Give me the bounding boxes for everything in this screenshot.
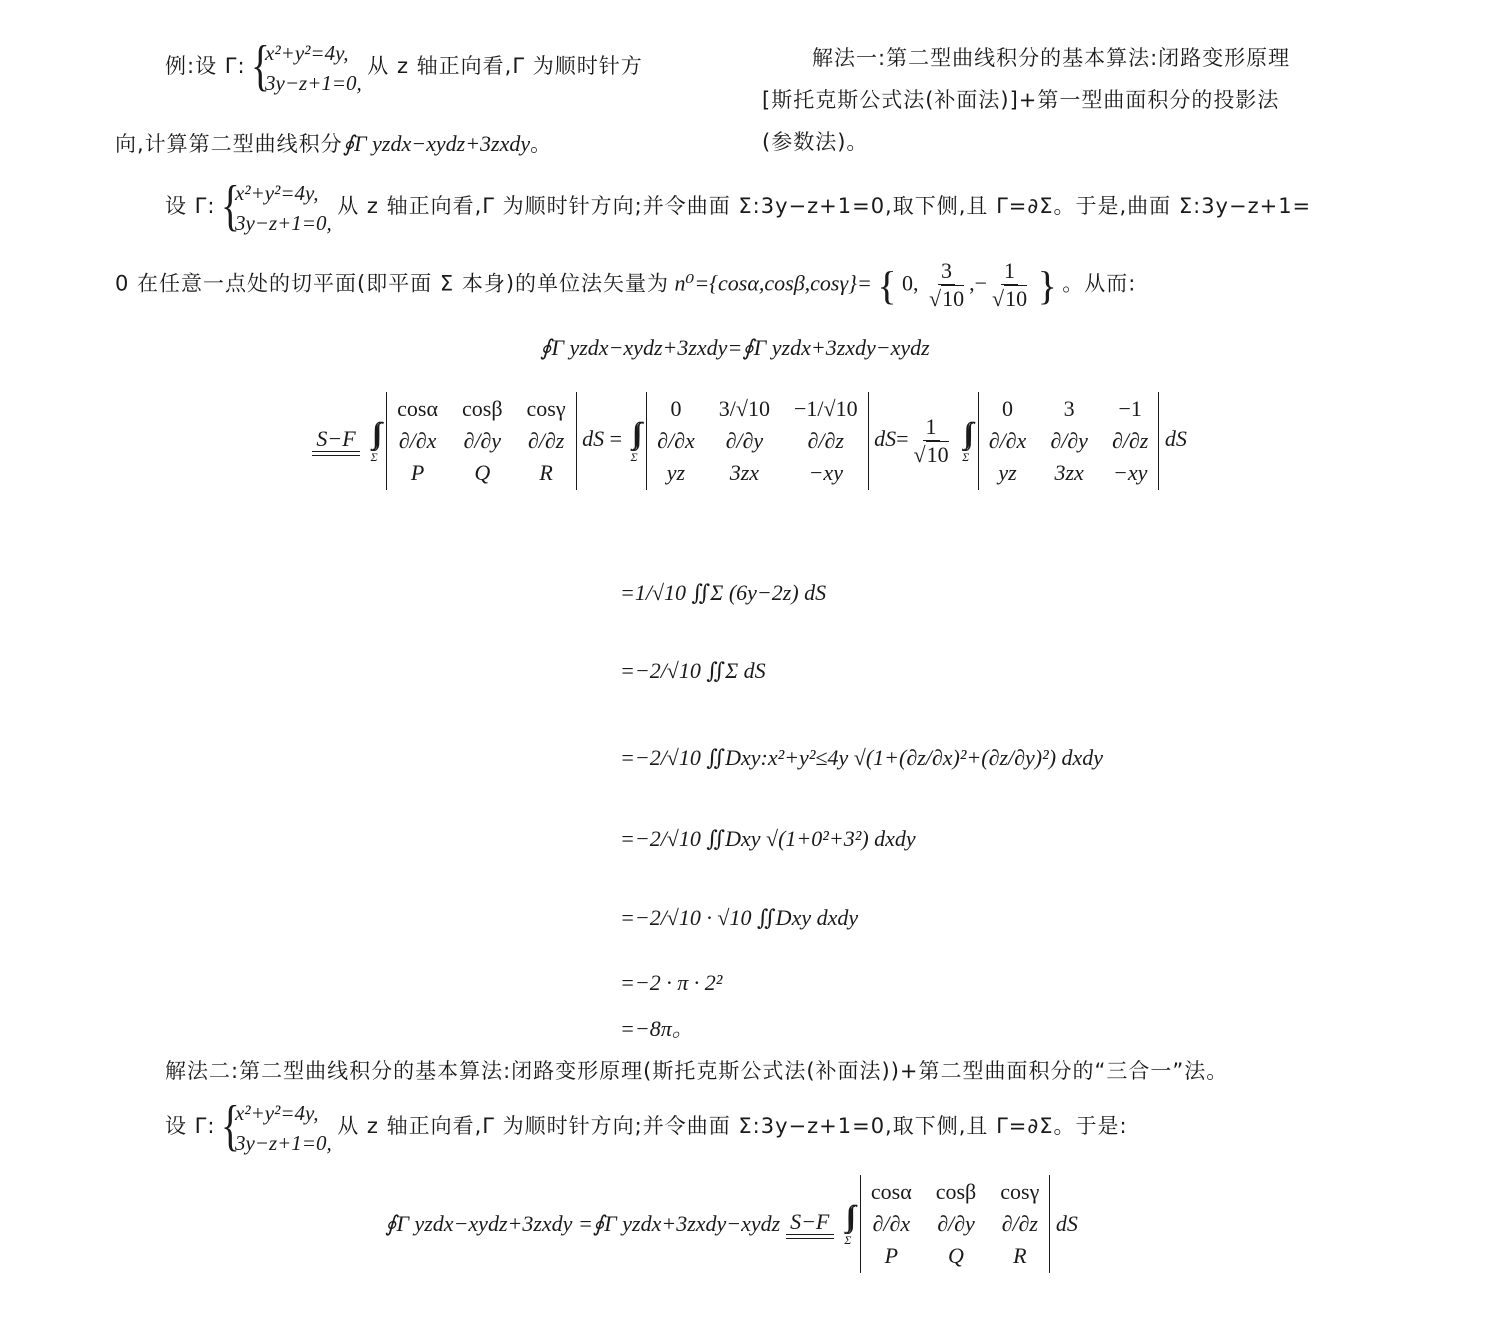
stokes-formula-label: S−F [786,1210,834,1239]
double-integral-icon: ∫∫Σ [371,418,378,464]
right-brace-icon: } [1038,263,1057,308]
normal-frac-1: 1√10 [989,258,1030,313]
example-line2: 向,计算第二型曲线积分∮Γ yzdx−xydz+3zxdy。 [115,128,552,158]
method1-title-line2: [斯托克斯公式法(补面法)]+第一型曲面积分的投影法 [762,84,1279,114]
double-integral-icon: ∫∫Σ [631,418,638,464]
method2-setup: 设 Γ: { x²+y²=4y, 3y−z+1=0, 从 z 轴正向看,Γ 为顺… [165,1098,1128,1158]
double-integral-icon: ∫∫Σ [962,418,969,464]
step-7: =−8π。 [620,1012,694,1043]
double-integral-icon: ∫∫Σ [844,1201,851,1247]
method1-title-line3: (参数法)。 [762,126,868,156]
method1-setup-text: 从 z 轴正向看,Γ 为顺时针方向;并令曲面 Σ:3y−z+1=0,取下侧,且 … [337,194,1311,218]
determinant-1: cosαcosβcosγ ∂/∂x∂/∂y∂/∂z PQR [386,392,576,490]
left-brace-icon: { [221,178,240,234]
example-system: { x²+y²=4y, 3y−z+1=0, [251,38,362,98]
step-1: =1/√10 ∬Σ (6y−2z) dS [620,580,826,606]
determinant-2: 03/√10−1/√10 ∂/∂x∂/∂y∂/∂z yz3zx−xy [646,392,868,490]
method2-title: 解法二:第二型曲线积分的基本算法:闭路变形原理(斯托克斯公式法(补面法))+第二… [165,1055,1228,1085]
example-line1-suffix: 从 z 轴正向看,Γ 为顺时针方 [367,54,642,78]
left-brace-icon: { [877,263,896,308]
method1-title-line1: 解法一:第二型曲线积分的基本算法:闭路变形原理 [812,42,1290,72]
determinant-method2: cosαcosβcosγ ∂/∂x∂/∂y∂/∂z PQR [860,1175,1050,1273]
method1-setup: 设 Γ: { x²+y²=4y, 3y−z+1=0, 从 z 轴正向看,Γ 为顺… [165,178,1311,238]
eq-reorder: ∮Γ yzdx−xydz+3zxdy=∮Γ yzdx+3zxdy−xydz [540,335,930,361]
method1-system: { x²+y²=4y, 3y−z+1=0, [221,178,332,238]
method2-system: { x²+y²=4y, 3y−z+1=0, [221,1098,332,1158]
stokes-formula-label: S−F [312,427,360,456]
step-6: =−2 · π · 2² [620,970,722,996]
example-statement: 例:设 Γ: { x²+y²=4y, 3y−z+1=0, 从 z 轴正向看,Γ … [165,38,643,98]
example-prefix: 例:设 Γ: [165,54,246,78]
step-4: =−2/√10 ∬Dxy √(1+0²+3²) dxdy [620,826,916,852]
stokes-row: S−F ∫∫Σ cosαcosβcosγ ∂/∂x∂/∂y∂/∂z PQR dS… [312,392,1187,490]
method2-equation: ∮Γ yzdx−xydz+3zxdy =∮Γ yzdx+3zxdy−xydz S… [385,1175,1078,1273]
method1-normal-line: 0 在任意一点处的切平面(即平面 Σ 本身)的单位法矢量为 n⁰={cosα,c… [115,258,1136,313]
left-brace-icon: { [251,38,270,94]
normal-frac-3: 3√10 [926,258,967,313]
normal-vector: n⁰={cosα,cosβ,cosγ}= [675,271,872,296]
step-2: =−2/√10 ∬Σ dS [620,658,766,684]
step-5: =−2/√10 · √10 ∬Dxy dxdy [620,905,858,931]
step-3: =−2/√10 ∬Dxy:x²+y²≤4y √(1+(∂z/∂x)²+(∂z/∂… [620,745,1103,771]
example-integral: ∮Γ yzdx−xydz+3zxdy [343,131,530,156]
left-brace-icon: { [221,1098,240,1154]
determinant-3: 03−1 ∂/∂x∂/∂y∂/∂z yz3zx−xy [978,392,1160,490]
